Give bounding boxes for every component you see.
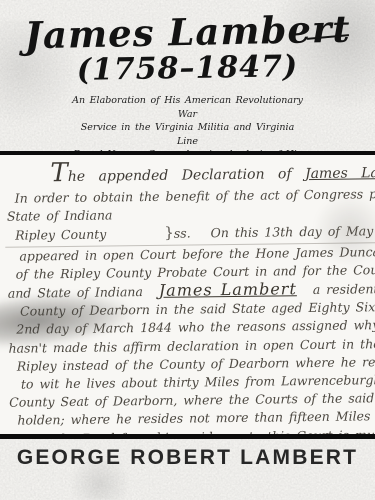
book-title-dates: (1758–1847) bbox=[0, 47, 375, 92]
brace-glyph: } bbox=[164, 224, 174, 242]
subtitle-line: Service in the Virginia Militia and Virg… bbox=[70, 121, 306, 148]
manuscript-heading-name: James Lambert bbox=[305, 165, 375, 182]
manuscript-name-large: James Lambert bbox=[159, 279, 297, 300]
author-name: GEORGE ROBERT LAMBERT bbox=[0, 446, 375, 470]
manuscript-name-prefix: and State of Indiana bbox=[8, 284, 143, 301]
manuscript-county: Ripley County bbox=[15, 227, 106, 243]
book-cover: James Lambert (1758–1847) An Elaboration… bbox=[0, 0, 375, 500]
manuscript-name-suffix: a resident of the bbox=[313, 281, 375, 297]
manuscript-heading-prefix: The appended Declaration of bbox=[50, 166, 291, 185]
manuscript-text: The appended Declaration of James Lamber… bbox=[4, 156, 375, 439]
subtitle-line: An Elaboration of His American Revolutio… bbox=[70, 94, 306, 121]
manuscript-date-line: On this 13th day of May 1844, personally bbox=[211, 222, 375, 240]
manuscript-heading: The appended Declaration of James Lamber… bbox=[50, 156, 375, 189]
ss-mark: }ss. bbox=[164, 224, 191, 244]
pension-document-scan: The appended Declaration of James Lamber… bbox=[0, 151, 375, 439]
